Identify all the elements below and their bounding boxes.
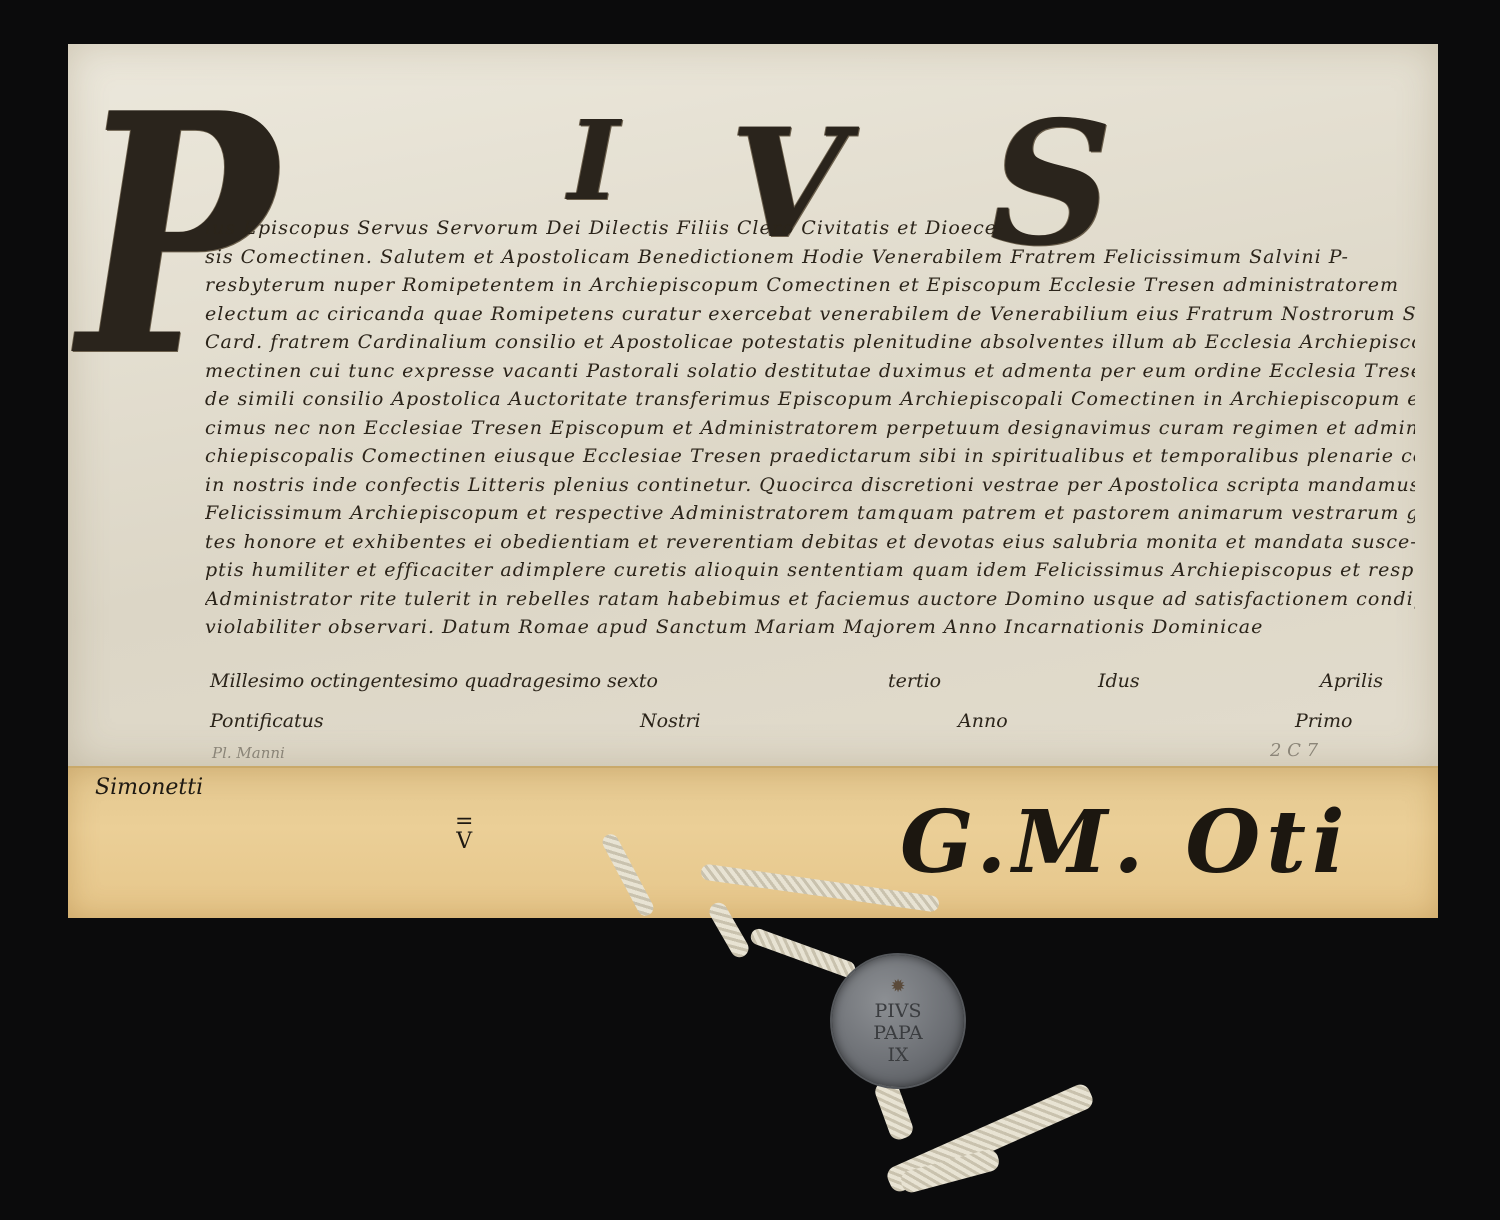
scribe-signature: Simonetti <box>95 775 203 800</box>
silk-cord <box>749 927 858 980</box>
pencil-note-right: 2 C 7 <box>1270 740 1318 761</box>
text-line: electum ac ciricanda quae Romipetens cur… <box>205 300 1415 329</box>
text-line: Card. fratrem Cardinalium consilio et Ap… <box>205 328 1415 357</box>
text-line: cimus nec non Ecclesiae Tresen Episcopum… <box>205 414 1415 443</box>
text-line: Administrator rite tulerit in rebelles r… <box>205 585 1415 614</box>
text-line: in nostris inde confectis Litteris pleni… <box>205 471 1415 500</box>
text-line: tes honore et exhibentes ei obedientiam … <box>205 528 1415 557</box>
tax-mark: = V <box>455 812 473 852</box>
text-line: mectinen cui tunc expresse vacanti Pasto… <box>205 357 1415 386</box>
text-line: sis Comectinen. Salutem et Apostolicam B… <box>205 243 1415 272</box>
seal-line-1: PIVS <box>874 1000 921 1022</box>
date-month: Aprilis <box>1320 670 1383 692</box>
text-line: ptis humiliter et efficaciter adimplere … <box>205 556 1415 585</box>
tax-mark-text: = V <box>455 809 473 854</box>
text-line: Felicissimum Archiepiscopum et respectiv… <box>205 499 1415 528</box>
ornate-initial-i: I <box>568 96 619 225</box>
pencil-note-left: Pl. Manni <box>212 744 285 762</box>
date-primo: Primo <box>1295 710 1352 732</box>
date-year: Millesimo octingentesimo quadragesimo se… <box>210 670 658 692</box>
date-idus: Idus <box>1098 670 1140 692</box>
seal-line-3: IX <box>887 1044 908 1066</box>
date-anno: Anno <box>958 710 1008 732</box>
lead-seal-bulla: ✹ PIVS PAPA IX <box>832 955 964 1087</box>
date-nostri: Nostri <box>640 710 701 732</box>
motu-proprio-mark: G.M. Oti <box>900 792 1351 893</box>
bull-body-text: ius Episcopus Servus Servorum Dei Dilect… <box>205 214 1415 642</box>
date-day: tertio <box>888 670 941 692</box>
text-line: ius Episcopus Servus Servorum Dei Dilect… <box>205 214 1415 243</box>
text-line: resbyterum nuper Romipetentem in Archiep… <box>205 271 1415 300</box>
sun-rays-icon: ✹ <box>890 976 905 998</box>
seal-line-2: PAPA <box>873 1022 923 1044</box>
text-line: chiepiscopalis Comectinen eiusque Eccles… <box>205 442 1415 471</box>
silk-cord <box>872 1078 915 1143</box>
date-pontificatus: Pontificatus <box>210 710 324 732</box>
text-line: de simili consilio Apostolica Auctoritat… <box>205 385 1415 414</box>
text-line: violabiliter observari. Datum Romae apud… <box>205 613 1415 642</box>
